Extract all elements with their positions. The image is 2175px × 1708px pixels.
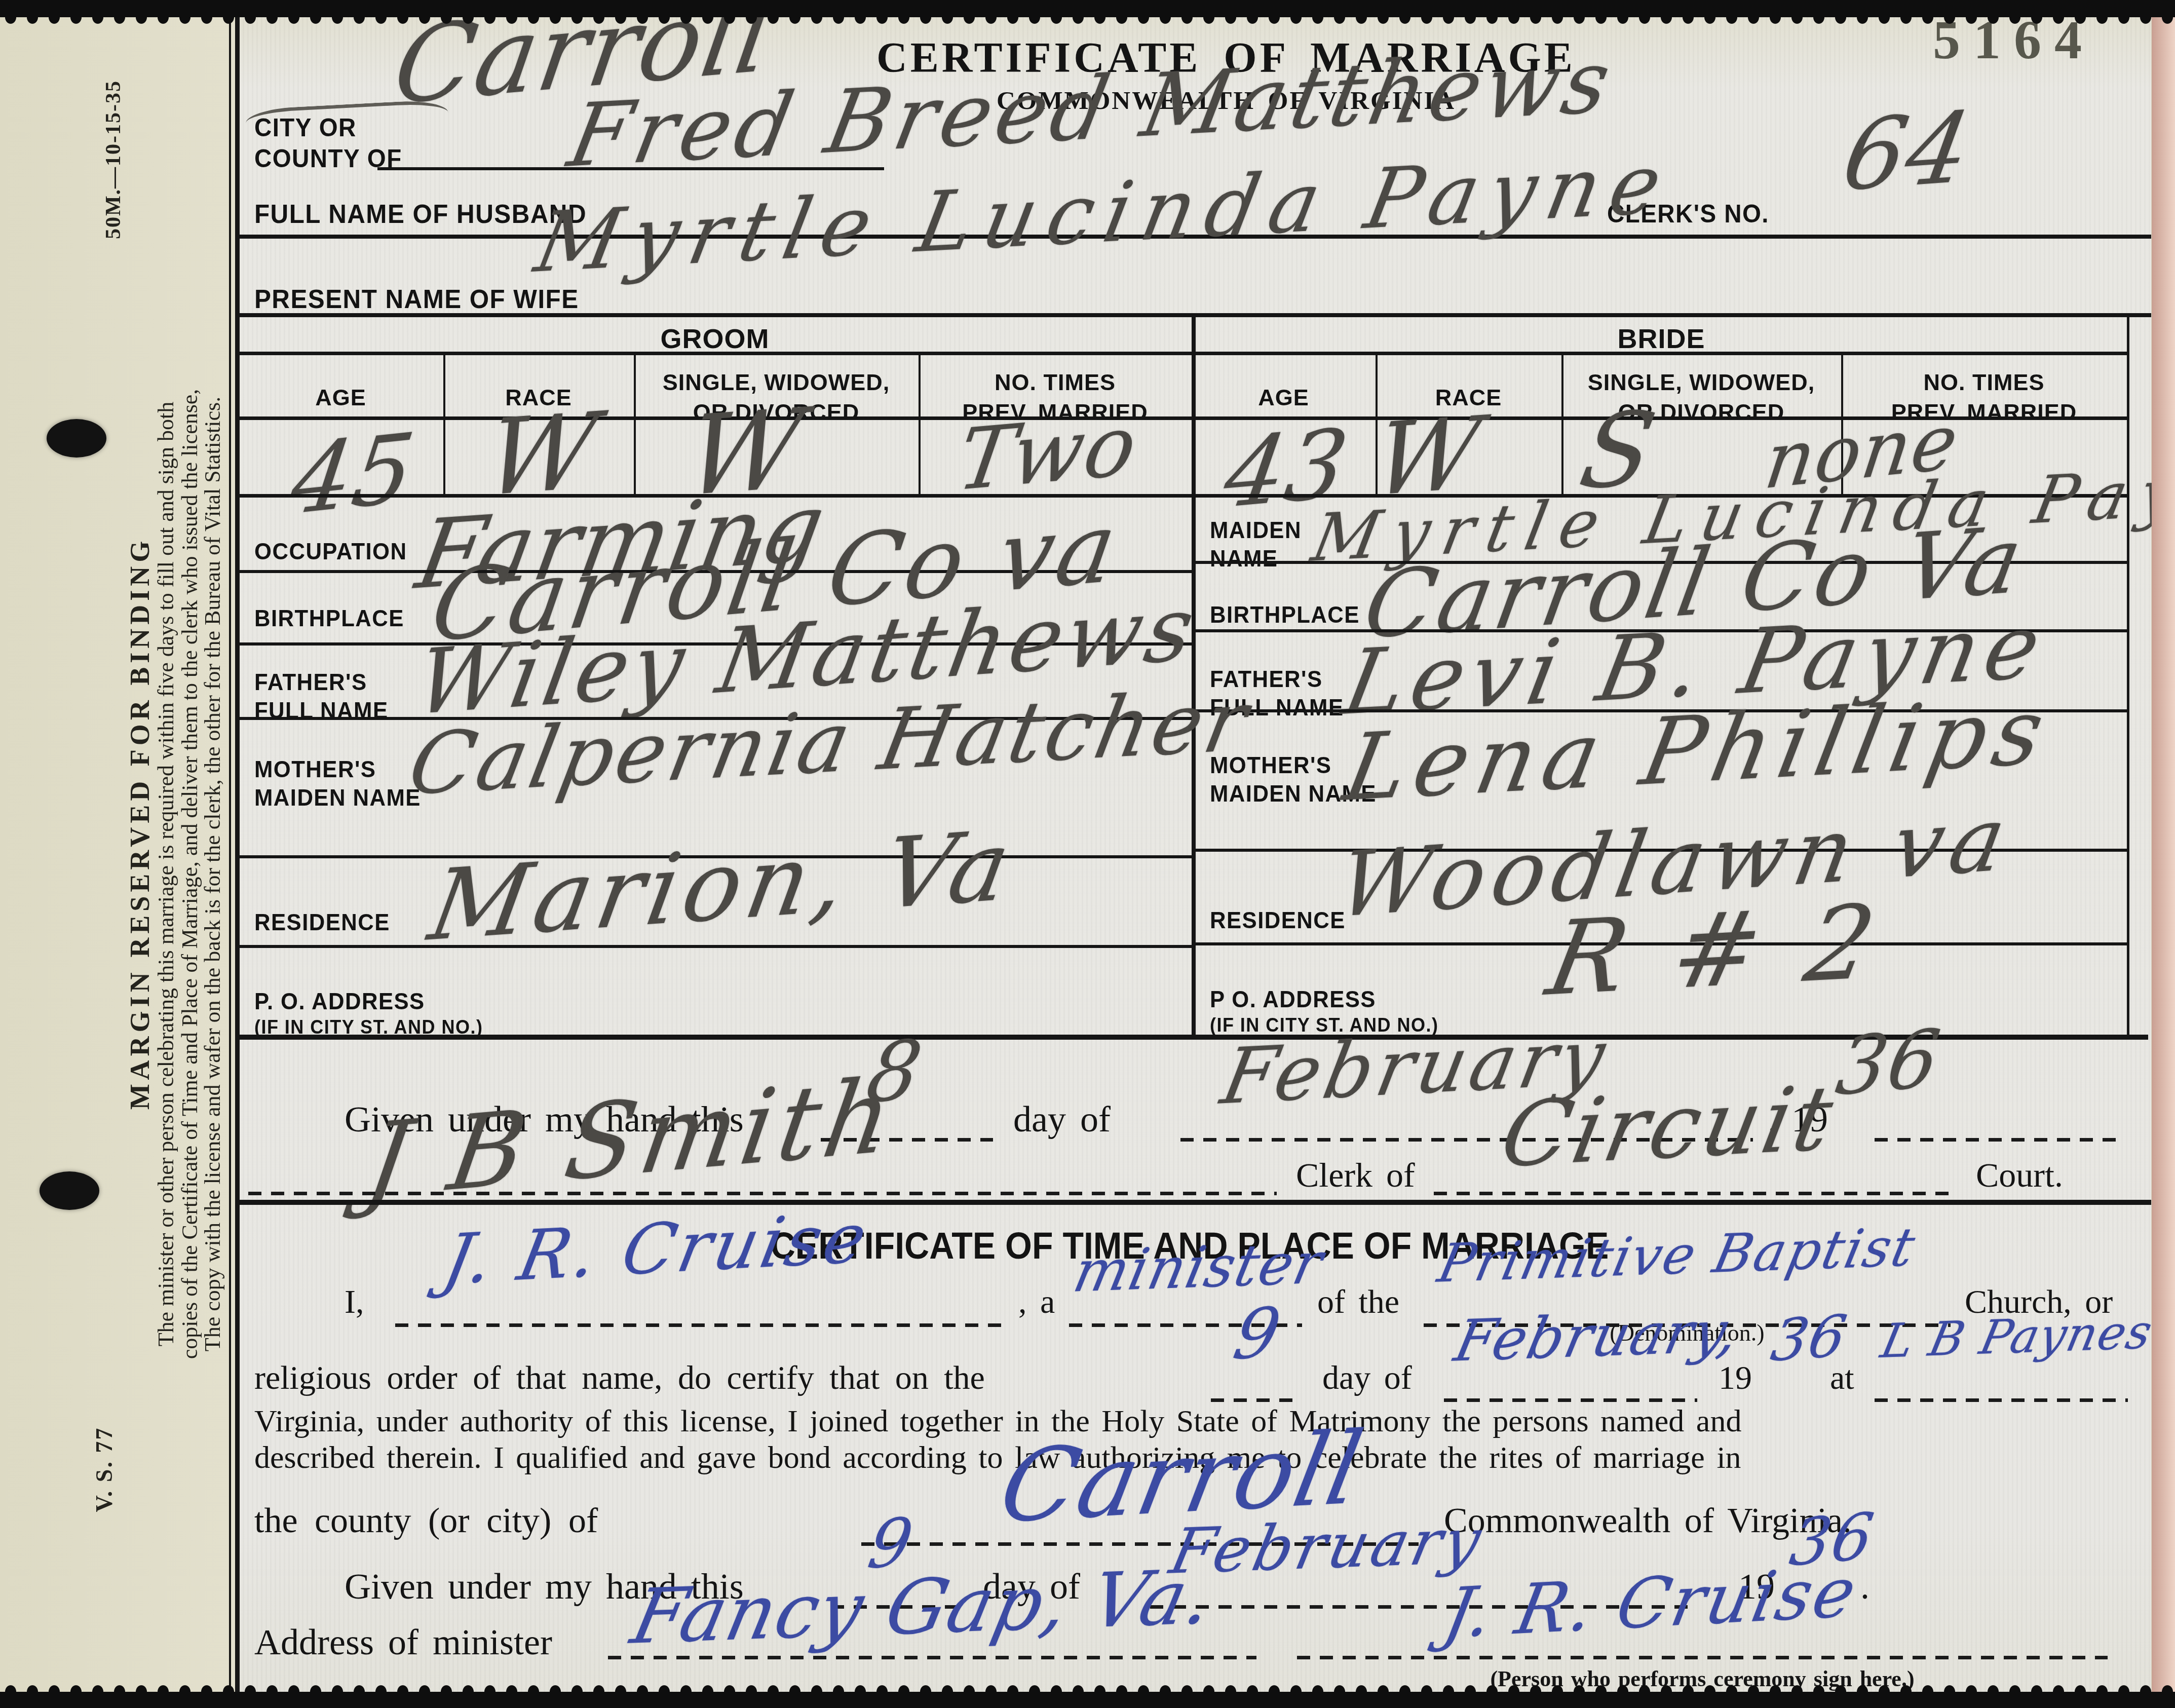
bride-residence-label: RESIDENCE (1210, 906, 1346, 934)
punch-hole-bottom (40, 1171, 99, 1210)
clerk-of-label: Clerk of (1296, 1155, 1415, 1195)
groom-times-value: Two (952, 402, 1143, 503)
certify-body-2: described therein. I qualified and gave … (254, 1440, 1741, 1476)
minister-role-value: minister (1069, 1235, 1328, 1301)
bride-birthplace-label: BIRTHPLACE (1210, 600, 1360, 629)
husband-name-label: FULL NAME OF HUSBAND (254, 199, 587, 231)
minister-period: . (1860, 1566, 1869, 1608)
margin-instructions-line3: The copy with the license and wafer on t… (200, 397, 225, 1351)
clerk-signature-blank (248, 1192, 1277, 1195)
certify-prefix: religious order of that name, do certify… (254, 1359, 985, 1397)
marriage-certificate-scan: { "colors": {"pencil":"#4b4945","ink":"#… (0, 0, 2175, 1708)
form-code: V. S. 77 (91, 1427, 118, 1512)
minister-i-label: I, (345, 1283, 364, 1321)
bride-po-label: P O. ADDRESS (1210, 985, 1376, 1013)
minister-signature: J. R. Cruise (1439, 1558, 1863, 1648)
certify-year-printed: 19 (1719, 1359, 1752, 1397)
table-right-border (2127, 316, 2129, 1038)
print-run-code: 50M.—10-15-35 (101, 80, 126, 239)
groom-residence-label: RESIDENCE (254, 908, 390, 936)
table-heading-line (238, 352, 2128, 355)
certify-at-label: at (1830, 1359, 1854, 1397)
commonwealth-label: Commonwealth of Virginia. (1444, 1501, 1852, 1541)
certify-day-of: day of (1322, 1359, 1412, 1397)
clerk-court-suffix: Court. (1976, 1155, 2063, 1195)
clerk-year-blank (1875, 1138, 2118, 1142)
denomination-value: Primitive Baptist (1434, 1220, 1921, 1290)
scan-edge-strip (2152, 0, 2175, 1708)
certify-month-value: February, (1450, 1303, 1744, 1370)
bride-po-value: R # 2 (1540, 891, 1890, 1011)
margin-rule-thin (229, 17, 231, 1692)
address-value: Fancy Gap, Va. (626, 1559, 1220, 1655)
groom-residence-line (238, 945, 1192, 948)
clerk-year-value: 36 (1831, 1018, 1945, 1107)
clerk-court-value: Circuit (1495, 1074, 1842, 1181)
maiden-name-label: MAIDEN NAME (1210, 516, 1302, 573)
groom-col-sep-1 (443, 355, 445, 494)
clerk-court-blank (1434, 1192, 1956, 1195)
county-prefix: the county (or city) of (254, 1501, 598, 1541)
groom-age-header: AGE (238, 383, 443, 413)
margin-rule-thick (235, 17, 240, 1692)
groom-birthplace-label: BIRTHPLACE (254, 604, 404, 632)
groom-mother-label: MOTHER'S MAIDEN NAME (254, 755, 421, 812)
occupation-label: OCCUPATION (254, 537, 407, 565)
margin-binding-note: MARGIN RESERVED FOR BINDING (124, 537, 156, 1110)
clerk-section-line (238, 1200, 2151, 1205)
groom-po-label: P. O. ADDRESS (254, 987, 425, 1015)
groom-age-value: 45 (286, 420, 421, 528)
minister-of-the: of the (1317, 1283, 1399, 1321)
city-county-label: CITY OR COUNTY OF (254, 112, 402, 174)
certify-place-blank (1875, 1398, 2128, 1402)
margin-instructions-line1: The minister or other person celebrating… (153, 402, 179, 1347)
groom-father-label: FATHER'S FULL NAME (254, 668, 388, 725)
margin-instructions-line2: copies of the Certificate of Time and Pl… (177, 389, 203, 1359)
minister-signature-blank (1297, 1656, 2108, 1659)
address-label: Address of minister (254, 1621, 552, 1663)
film-perforation-top (0, 0, 2175, 17)
certify-month-blank (1444, 1398, 1697, 1402)
film-perforation-bottom (0, 1692, 2175, 1708)
clerk-number-value: 64 (1837, 99, 1978, 205)
punch-hole-top (47, 419, 106, 458)
certify-day-blank (1211, 1398, 1302, 1402)
certify-body-1: Virginia, under authority of this licens… (254, 1403, 1741, 1439)
clerk-day-of: day of (1013, 1098, 1111, 1141)
minister-name-blank (395, 1323, 1008, 1327)
minister-a-label: , a (1018, 1283, 1055, 1321)
